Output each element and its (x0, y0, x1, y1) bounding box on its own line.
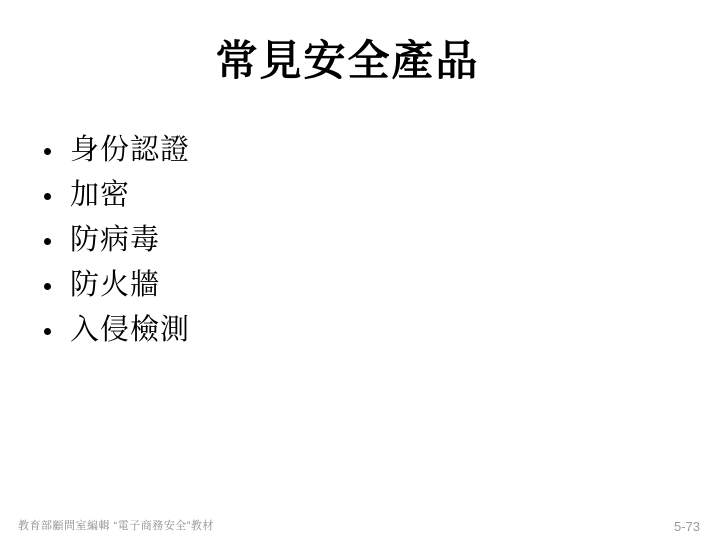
bullet-label: 防病毒 (70, 218, 160, 263)
bullet-label: 加密 (70, 173, 130, 218)
bullet-icon (44, 238, 51, 245)
list-item: 防火牆 (44, 263, 664, 308)
bullet-icon (44, 148, 51, 155)
presentation-slide: 常見安全產品 身份認證 加密 防病毒 防火牆 入侵檢測 教育部顧問室編輯 “電子… (0, 0, 720, 540)
bullet-label: 身份認證 (70, 128, 190, 173)
slide-title: 常見安全產品 (0, 36, 695, 86)
bullet-list: 身份認證 加密 防病毒 防火牆 入侵檢測 (44, 128, 664, 353)
list-item: 身份認證 (44, 128, 664, 173)
bullet-label: 入侵檢測 (70, 308, 190, 353)
list-item: 防病毒 (44, 218, 664, 263)
bullet-icon (44, 193, 51, 200)
bullet-label: 防火牆 (70, 263, 160, 308)
list-item: 加密 (44, 173, 664, 218)
bullet-icon (44, 283, 51, 290)
slide-footer-credit: 教育部顧問室編輯 “電子商務安全”教材 (18, 517, 214, 533)
list-item: 入侵檢測 (44, 308, 664, 353)
bullet-icon (44, 328, 51, 335)
slide-page-number: 5-73 (674, 519, 700, 534)
